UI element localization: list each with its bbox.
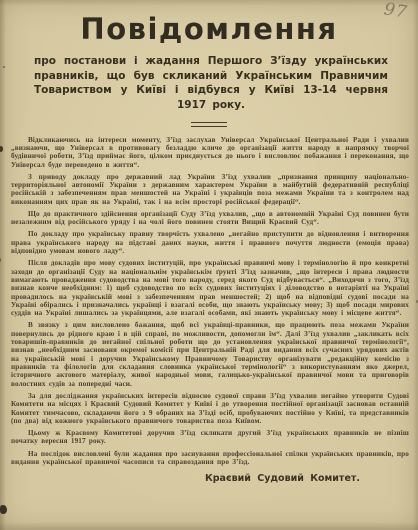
double-rule-divider — [191, 122, 227, 127]
document-title: Повідомлення — [0, 0, 418, 45]
ink-smudge — [0, 505, 7, 514]
document-subtitle: про постанови і жадання Першого З’їзду у… — [34, 54, 388, 112]
body-paragraph: Що до практичного здійснення організації… — [11, 210, 409, 227]
body-paragraph: В звязку з цим висловлено бажання, щоб в… — [11, 321, 409, 388]
document-page: 97 Повідомлення про постанови і жадання … — [0, 0, 418, 530]
document-body: Відкликаючись на інтереси моменту, З’їзд… — [0, 136, 418, 467]
body-paragraph: Цьому ж Краєвому Комитетові доручив З’їз… — [11, 429, 409, 446]
signature: Краєвий Судовий Комитет. — [0, 473, 360, 484]
handwritten-page-number: 97 — [383, 0, 409, 23]
body-paragraph: За для досліджання українських інтересів… — [11, 392, 409, 425]
body-paragraph: По докладу про українську правну творчіс… — [11, 230, 409, 255]
body-paragraph: Після докладів про мову судових інституц… — [11, 259, 409, 317]
body-paragraph: З приводу докладу про державний лад Укра… — [11, 173, 409, 206]
body-paragraph: На послідок висловлені були жадання про … — [11, 450, 409, 467]
ink-smudge — [3, 66, 5, 68]
body-paragraph: Відкликаючись на інтереси моменту, З’їзд… — [11, 136, 409, 169]
